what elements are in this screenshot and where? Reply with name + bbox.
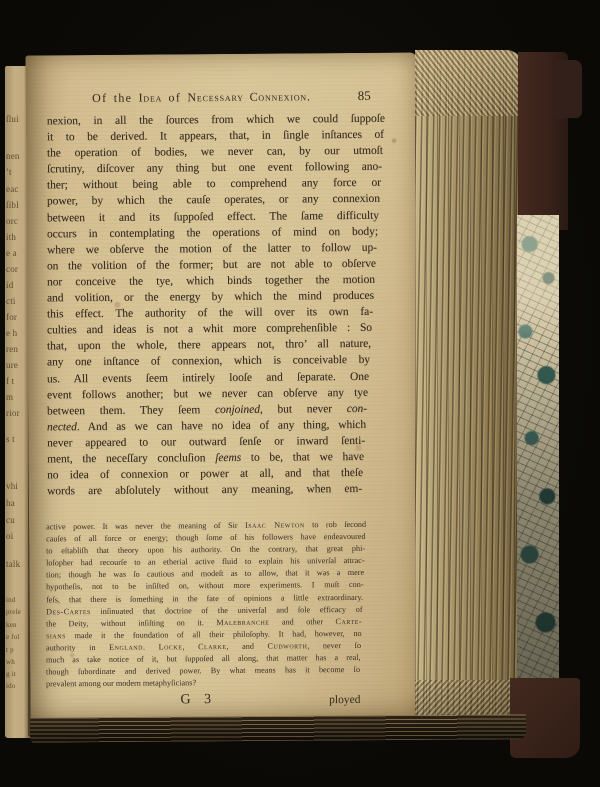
text-line: any one inſtance of connexion, which is … <box>47 352 370 371</box>
bottom-page-edges <box>30 714 526 742</box>
running-title: Of the Idea of Necessary Connexion. <box>47 89 371 107</box>
catchword: ployed <box>285 694 360 707</box>
book-page: Of the Idea of Necessary Connexion. 85 n… <box>25 52 422 723</box>
text-line: us. All events ſeem intirely looſe and ſ… <box>47 368 369 387</box>
page-header: Of the Idea of Necessary Connexion. 85 <box>47 89 371 108</box>
footnote-text: active power. It was never the meaning o… <box>46 519 367 691</box>
text-line: words are abſolutely without any meaning… <box>47 481 362 500</box>
signature-mark: G 3 <box>180 692 216 708</box>
main-text: nexion, in all the ſources from which we… <box>47 111 388 500</box>
marbled-endpaper <box>517 215 559 700</box>
footnote-line: prevalent among our modern metaphyſician… <box>46 676 360 691</box>
page-number: 85 <box>358 88 371 104</box>
photo-background: ſluinen’teacſiblorcithe acoridctifore hr… <box>0 0 600 787</box>
leather-cover-corner <box>552 60 582 118</box>
fore-edge-page-stack <box>415 50 523 738</box>
